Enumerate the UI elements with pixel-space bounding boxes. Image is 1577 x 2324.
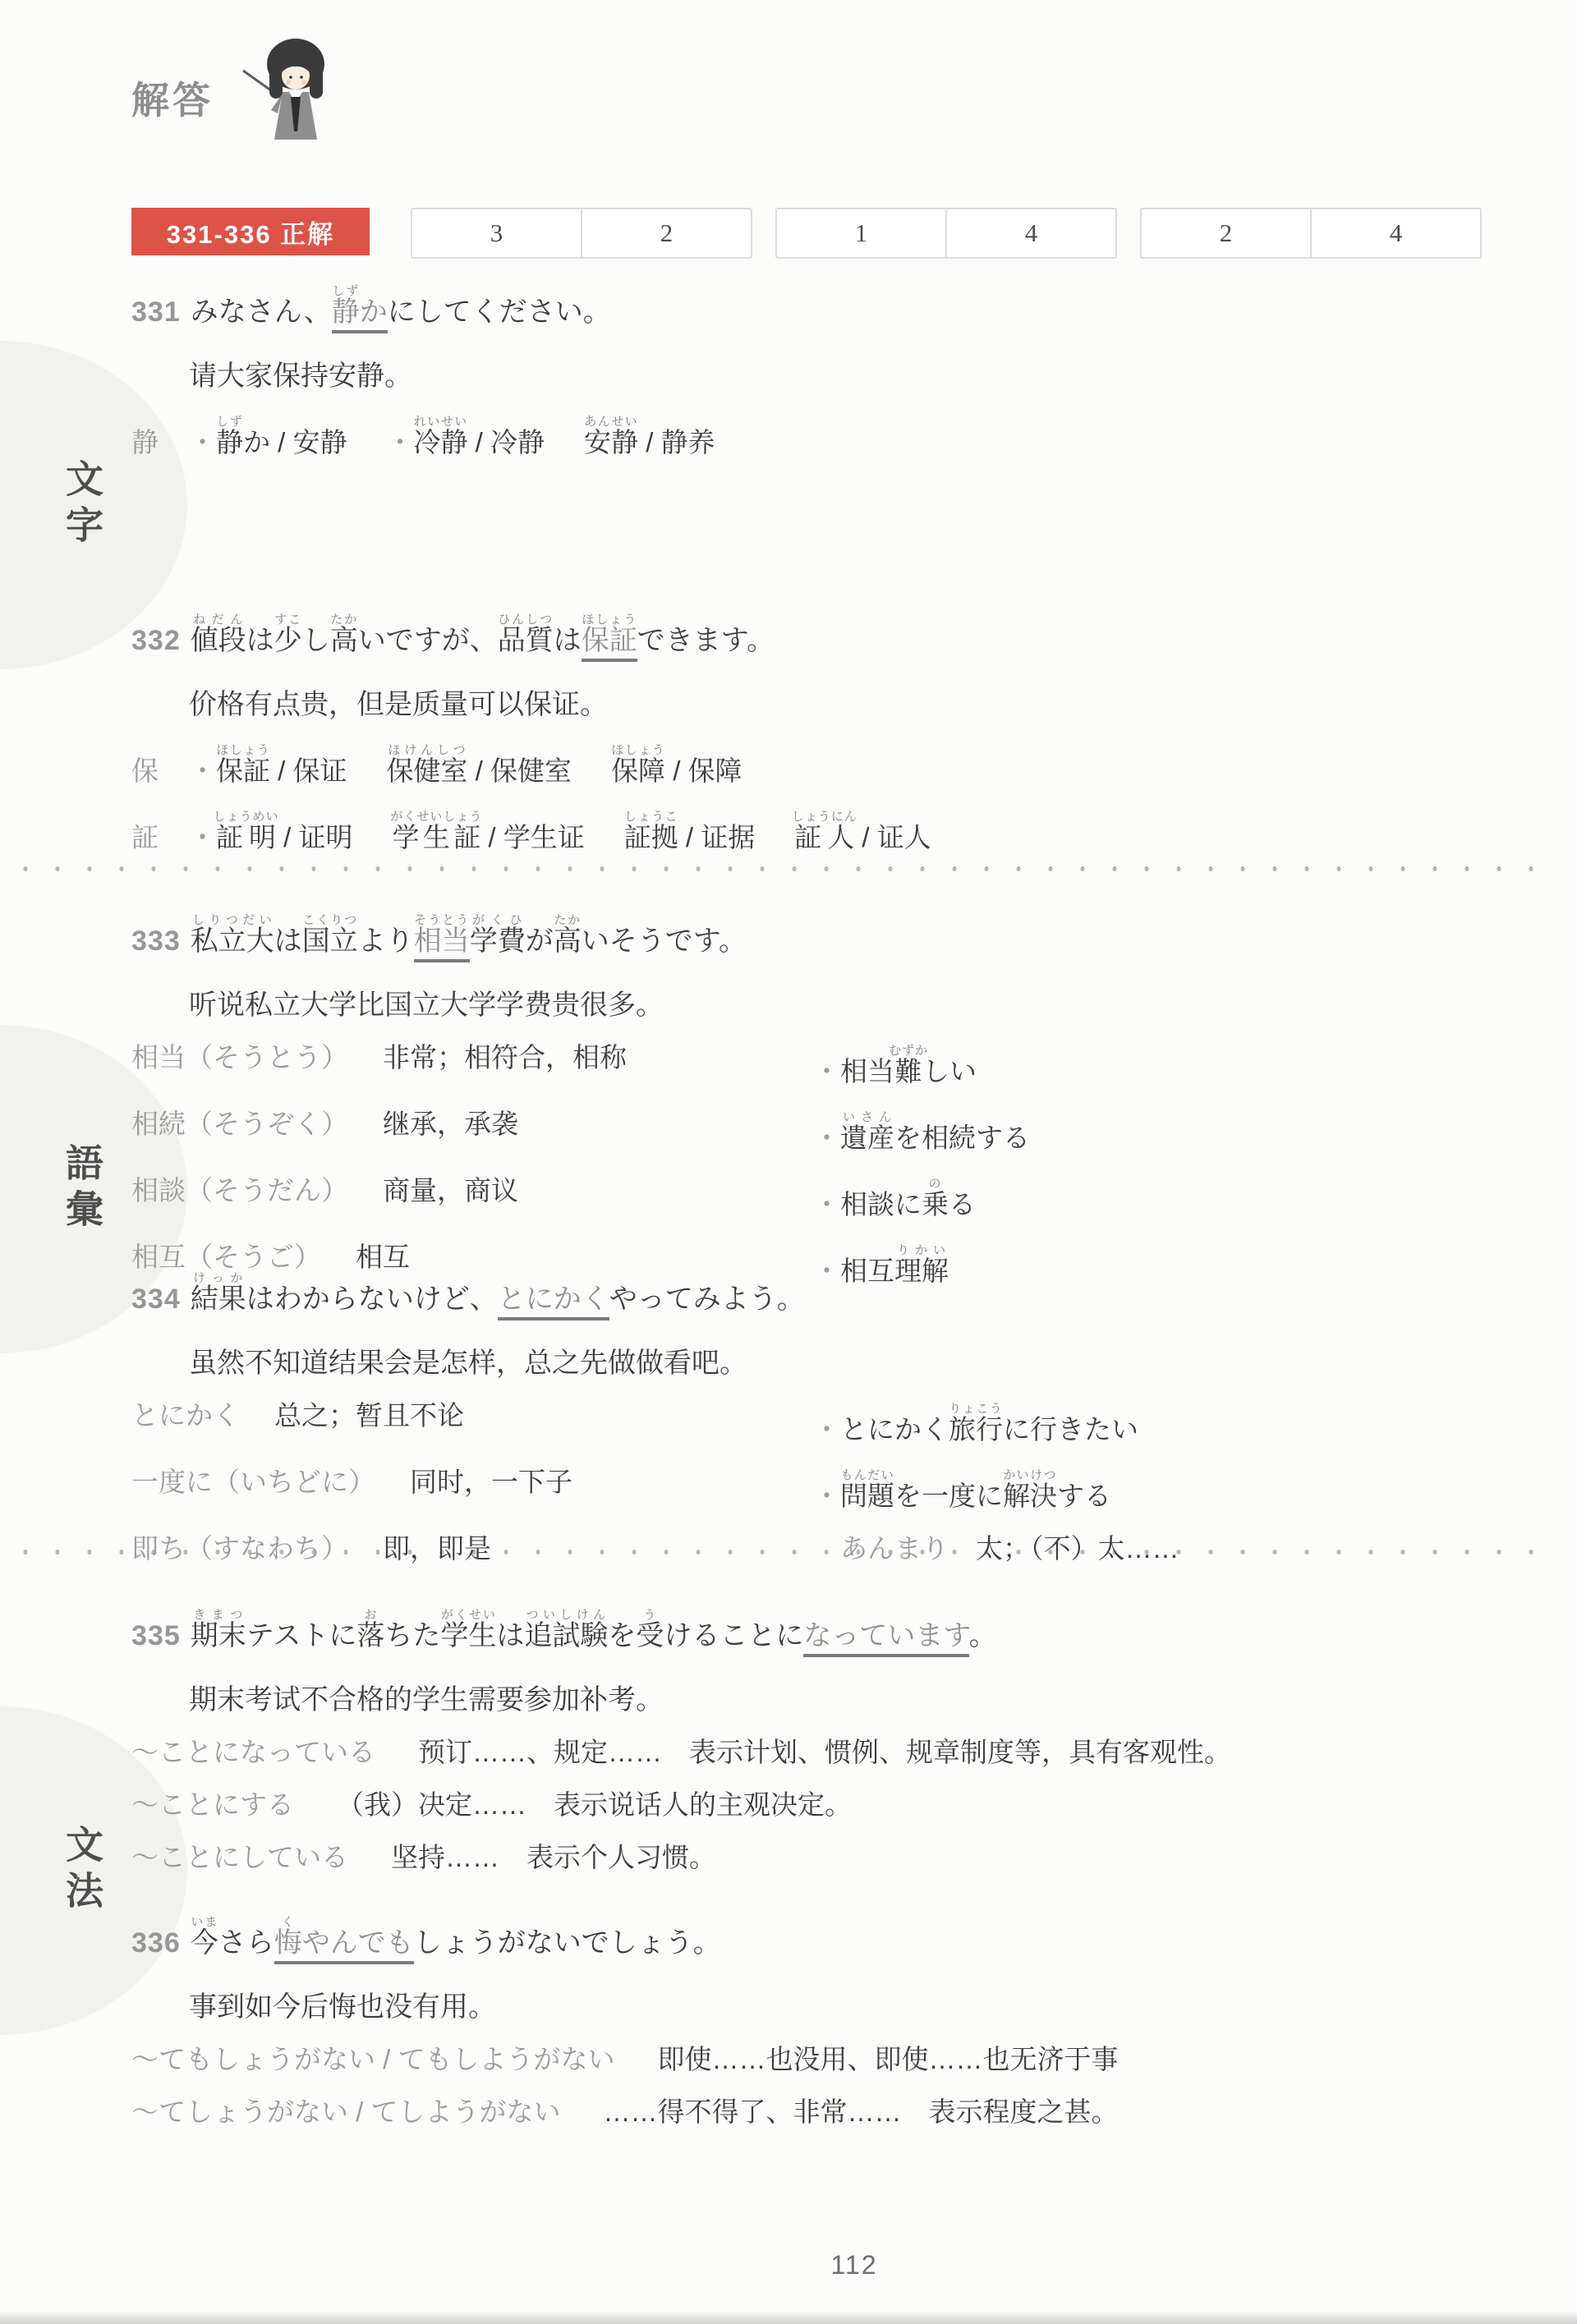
question-translation: 虽然不知道结果会是怎样，总之先做做看吧。: [131, 1349, 1528, 1377]
text-segment: は: [274, 925, 302, 957]
text-segment: 難むずか: [894, 1056, 922, 1086]
text-segment: 国立こくりつ: [302, 925, 358, 957]
question-334: 334結果けっかはわからないけど、とにかくやってみよう。 虽然不知道结果会是怎样…: [131, 1271, 1528, 1587]
question-number: 336: [131, 1929, 181, 1957]
question-number: 333: [131, 927, 181, 955]
entry-term: 相当（そうとう）: [131, 1042, 348, 1072]
text-segment: ・: [813, 1056, 840, 1086]
grammar-row: ～てもしょうがない / てもしようがない即使……也没用、即使……也无济于事: [131, 2046, 1528, 2073]
text-segment: 保障ほしょう: [611, 756, 665, 786]
grammar-row: ～ことにしている坚持…… 表示个人习惯。: [131, 1844, 1528, 1871]
vocab-item: 学生証がくせいしょう / 学生证: [393, 822, 585, 852]
text-segment: 遺産いさん: [840, 1123, 894, 1153]
text-segment: ・: [189, 756, 216, 786]
sentence-text: 今いまさら悔くやんでもしょうがないでしょう。: [191, 1927, 721, 1964]
entry-term: 相続（そうぞく）: [131, 1109, 348, 1139]
entry-meaning: 商量，商议: [383, 1175, 518, 1206]
text-segment: みなさん、: [191, 296, 332, 328]
vocab-entry-row: 相続（そうぞく）继承，承袭・遺産いさんを相続する: [131, 1110, 1528, 1151]
text-segment: ・: [813, 1123, 840, 1153]
entry-example: あんまり 太；（不）太……: [813, 1535, 1528, 1562]
vocab-item: 証拠しょうこ / 证据: [624, 822, 756, 852]
text-segment: やってみよう。: [609, 1284, 805, 1315]
text-segment: 保健室ほけんしつ: [387, 756, 468, 786]
answer-word: か: [360, 296, 388, 333]
text-segment: 静しず: [216, 427, 243, 457]
text-segment: いですが、: [358, 625, 498, 656]
answer-word: 悔く: [274, 1927, 302, 1964]
vocab-entry-row: とにかく总之；暂且不论・とにかく旅行りょこうに行きたい: [131, 1402, 1528, 1443]
entry-example: ・とにかく旅行りょこうに行きたい: [813, 1402, 1528, 1443]
text-segment: できます。: [637, 625, 775, 656]
entry-term: 即ち（すなわち）: [131, 1533, 348, 1564]
grammar-explanation: 坚持…… 表示个人习惯。: [391, 1842, 716, 1872]
answer-value: 4: [1310, 209, 1480, 257]
answer-word: 相当そうとう: [414, 925, 470, 962]
text-segment: しょうがないでしょう。: [414, 1927, 721, 1959]
vocab-item: 証人しょうにん / 证人: [794, 822, 931, 852]
question-sentence: 331みなさん、静しずかにしてください。: [131, 284, 1528, 326]
question-translation: 听说私立大学比国立大学学费贵很多。: [131, 991, 1528, 1019]
text-segment: 高たか: [330, 625, 358, 656]
text-segment: より: [358, 925, 414, 957]
vocab-entry-row: 相談（そうだん）商量，商议・相談に乗のる: [131, 1177, 1528, 1218]
text-segment: 。: [969, 1620, 997, 1651]
entry-meaning: 非常；相符合，相称: [383, 1042, 627, 1072]
entry-meaning: 同时，一下子: [410, 1467, 572, 1497]
page-number: 112: [788, 2250, 920, 2280]
answer-value: 4: [945, 209, 1115, 257]
text-segment: しい: [922, 1056, 977, 1086]
text-segment: 落お: [356, 1620, 384, 1651]
entry-example: ・相当難むずかしい: [813, 1044, 1528, 1085]
vocab-row: 保・保証ほしょう / 保证保健室ほけんしつ / 保健室保障ほしょう / 保障: [131, 743, 1528, 784]
text-segment: にしてください。: [388, 296, 611, 328]
text-segment: 私立大しりつだい: [191, 925, 274, 957]
entry-term: 相談（そうだん）: [131, 1175, 348, 1206]
question-331: 331みなさん、静しずかにしてください。 请大家保持安静。 静・静しずか / 安…: [131, 284, 1528, 481]
vocab-row: 証・証明しょうめい / 证明学生証がくせいしょう / 学生证証拠しょうこ / 证…: [131, 810, 1528, 851]
text-segment: 安静あんせい: [584, 427, 638, 457]
answer-word: とにかく: [498, 1284, 609, 1320]
grammar-explanation: ……得不得了、非常…… 表示程度之甚。: [604, 2097, 1119, 2127]
text-segment: 学生がくせい: [440, 1620, 496, 1651]
grammar-pattern: ～てもしょうがない / てもしようがない: [131, 2044, 615, 2074]
text-segment: は: [496, 1620, 524, 1651]
vocab-entries: 相当（そうとう）非常；相符合，相称・相当難むずかしい相続（そうぞく）继承，承袭・…: [131, 1044, 1528, 1284]
answer-value: 1: [777, 209, 945, 257]
answer-word: やんでも: [302, 1927, 414, 1964]
text-segment: る: [949, 1189, 976, 1219]
text-segment: する: [1057, 1481, 1111, 1511]
question-sentence: 334結果けっかはわからないけど、とにかくやってみよう。: [131, 1271, 1528, 1313]
answer-group: 24: [1140, 208, 1482, 259]
vocab-item: 安静あんせい / 静养: [584, 427, 715, 457]
vocab-item: 保障ほしょう / 保障: [611, 756, 743, 786]
grammar-explanation: 预订……、规定…… 表示计划、惯例、规章制度等，具有客观性。: [418, 1737, 1231, 1767]
text-segment: は: [554, 625, 582, 656]
answer-range-badge: 331-336 正解: [131, 208, 370, 255]
question-sentence: 333私立大しりつだいは国立こくりつより相当そうとう学費がくひが高たかいそうです…: [131, 913, 1528, 955]
sentence-text: 私立大しりつだいは国立こくりつより相当そうとう学費がくひが高たかいそうです。: [191, 925, 747, 962]
text-segment: ・: [813, 1414, 840, 1444]
tab-label: 文法: [55, 1825, 132, 1917]
text-segment: 解決かいけつ: [1003, 1481, 1057, 1511]
text-segment: 少すこ: [274, 625, 302, 656]
sentence-text: 値段ねだんは少すこし高たかいですが、品質ひんしつは保証ほしょうできます。: [191, 625, 775, 662]
text-segment: 今いま: [191, 1927, 218, 1959]
grammar-rows: ～てもしょうがない / てもしようがない即使……也没用、即使……也无济于事～てし…: [131, 2046, 1528, 2125]
answer-value: 2: [1142, 209, 1310, 257]
text-segment: 証人しょうにん: [794, 822, 854, 852]
text-segment: / 保证: [270, 756, 347, 786]
text-segment: あんまり: [813, 1533, 949, 1564]
text-segment: 追試験ついしけん: [524, 1620, 608, 1651]
text-segment: / 证明: [276, 822, 353, 852]
vocab-rows: 静・静しずか / 安静・冷静れいせい / 冷静安静あんせい / 静养: [131, 415, 1528, 456]
grammar-row: ～ことにする（我）决定…… 表示说话人的主观决定。: [131, 1791, 1528, 1818]
entry-meaning: 即，即是: [383, 1533, 491, 1564]
question-translation: 事到如今后悔也没有用。: [131, 1993, 1528, 2021]
vocab-item: 保健室ほけんしつ / 保健室: [387, 756, 572, 786]
entry-example: ・問題もんだいを一度に解決かいけつする: [813, 1468, 1528, 1509]
text-segment: いそうです。: [582, 925, 747, 957]
sentence-text: みなさん、静しずかにしてください。: [191, 296, 611, 333]
question-number: 335: [131, 1622, 181, 1650]
grammar-explanation: （我）决定…… 表示说话人的主观决定。: [337, 1789, 852, 1820]
grammar-pattern: ～ことになっている: [131, 1737, 375, 1767]
answer-value: 2: [581, 209, 751, 257]
grammar-explanation: 即使……也没用、即使……也无济于事: [658, 2044, 1119, 2074]
tab-label: 語彙: [55, 1143, 132, 1235]
grammar-row: ～てしょうがない / てしようがない……得不得了、非常…… 表示程度之甚。: [131, 2098, 1528, 2125]
question-335: 335期末きまつテストに落おちた学生がくせいは追試験ついしけんを受うけることにな…: [131, 1608, 1528, 1896]
question-number: 332: [131, 627, 181, 654]
text-segment: 高たか: [554, 925, 582, 957]
text-segment: を相続する: [894, 1123, 1030, 1153]
answer-word: 保証ほしょう: [582, 625, 637, 662]
text-segment: さら: [218, 1927, 274, 1959]
answer-group: 32: [411, 208, 752, 259]
question-332: 332値段ねだんは少すこし高たかいですが、品質ひんしつは保証ほしょうできます。 …: [131, 613, 1528, 876]
tab-label: 文字: [55, 459, 132, 551]
text-segment: 保証ほしょう: [216, 756, 270, 786]
text-segment: ・: [189, 822, 216, 852]
vocab-head-kanji: 静: [131, 429, 189, 456]
text-segment: 相当: [840, 1056, 894, 1086]
question-sentence: 332値段ねだんは少すこし高たかいですが、品質ひんしつは保証ほしょうできます。: [131, 613, 1528, 654]
text-segment: ・: [387, 427, 414, 457]
text-segment: 期末きまつ: [191, 1620, 246, 1651]
text-segment: 冷静れいせい: [414, 427, 468, 457]
entry-definition: 即ち（すなわち）即，即是: [131, 1535, 813, 1562]
grammar-pattern: ～ことにする: [131, 1789, 294, 1820]
text-segment: 証明しょうめい: [216, 822, 276, 852]
text-segment: / 学生证: [480, 822, 585, 852]
question-336: 336今いまさら悔くやんでもしょうがないでしょう。 事到如今后悔也没有用。 ～て…: [131, 1915, 1528, 2151]
text-segment: 相談に: [840, 1189, 922, 1219]
text-segment: けることに: [664, 1620, 803, 1651]
text-segment: / 冷静: [468, 427, 545, 457]
entry-example: ・遺産いさんを相続する: [813, 1110, 1528, 1151]
text-segment: はわからないけど、: [246, 1284, 498, 1315]
question-number: 331: [131, 298, 181, 326]
entry-meaning: 相互: [356, 1242, 410, 1272]
text-segment: / 静养: [638, 427, 715, 457]
grammar-pattern: ～てしょうがない / てしようがない: [131, 2097, 561, 2127]
text-segment: / 保障: [665, 756, 743, 786]
text-segment: ちた: [384, 1620, 440, 1651]
text-segment: を一度に: [894, 1481, 1003, 1511]
question-translation: 请大家保持安静。: [131, 362, 1528, 390]
question-sentence: 335期末きまつテストに落おちた学生がくせいは追試験ついしけんを受うけることにな…: [131, 1608, 1528, 1650]
answer-group: 14: [775, 208, 1117, 259]
vocab-item: ・保証ほしょう / 保证: [189, 756, 347, 786]
text-segment: 乗の: [922, 1189, 949, 1219]
page-header-label: 解答: [131, 71, 214, 125]
question-sentence: 336今いまさら悔くやんでもしょうがないでしょう。: [131, 1915, 1528, 1957]
text-segment: とにかく: [840, 1414, 949, 1444]
text-segment: / 保健室: [468, 756, 572, 786]
sentence-text: 期末きまつテストに落おちた学生がくせいは追試験ついしけんを受うけることになってい…: [191, 1620, 997, 1657]
vocab-entry-row: 相当（そうとう）非常；相符合，相称・相当難むずかしい: [131, 1044, 1528, 1085]
text-segment: が: [526, 925, 554, 957]
answer-value: 3: [412, 209, 581, 257]
entry-term: 一度に（いちどに）: [131, 1467, 375, 1497]
vocab-head-kanji: 証: [131, 824, 189, 851]
answer-word: 静しず: [332, 296, 360, 333]
vocab-head-kanji: 保: [131, 757, 189, 784]
vocab-row: 静・静しずか / 安静・冷静れいせい / 冷静安静あんせい / 静养: [131, 415, 1528, 456]
text-segment: ・: [189, 427, 216, 457]
text-segment: 旅行りょこう: [949, 1414, 1003, 1444]
vocab-entry-row: 一度に（いちどに）同时，一下子・問題もんだいを一度に解決かいけつする: [131, 1468, 1528, 1509]
entry-definition: 相続（そうぞく）继承，承袭: [131, 1110, 813, 1151]
entry-meaning: 继承，承袭: [383, 1109, 518, 1139]
vocab-item: ・静しずか / 安静: [189, 427, 347, 457]
text-segment: は: [246, 625, 274, 656]
text-segment: 問題もんだい: [840, 1481, 894, 1511]
text-segment: 学生証がくせいしょう: [393, 822, 481, 852]
question-number: 334: [131, 1285, 181, 1313]
text-segment: 受う: [636, 1620, 664, 1651]
text-segment: 学費がくひ: [470, 925, 526, 957]
text-segment: / 证人: [854, 822, 931, 852]
entry-definition: 相当（そうとう）非常；相符合，相称: [131, 1044, 813, 1085]
scan-bottom-shadow: [0, 2311, 1577, 2324]
question-translation: 价格有点贵，但是质量可以保证。: [131, 691, 1528, 719]
text-segment: を: [608, 1620, 636, 1651]
question-333: 333私立大しりつだいは国立こくりつより相当そうとう学費がくひが高たかいそうです…: [131, 913, 1528, 1310]
text-segment: テストに: [246, 1620, 357, 1651]
entry-example: ・相談に乗のる: [813, 1177, 1528, 1218]
grammar-pattern: ～ことにしている: [131, 1842, 348, 1872]
entry-term: とにかく: [131, 1400, 240, 1431]
entry-definition: とにかく总之；暂且不论: [131, 1402, 813, 1443]
vocab-item: ・証明しょうめい / 证明: [189, 822, 353, 852]
question-translation: 期末考试不合格的学生需要参加补考。: [131, 1686, 1528, 1714]
entry-term: 相互（そうご）: [131, 1242, 321, 1272]
text-segment: 結果けっか: [191, 1284, 246, 1315]
text-segment: 値段ねだん: [191, 625, 246, 656]
text-segment: 証拠しょうこ: [624, 822, 678, 852]
answer-boxes: 321424: [411, 208, 1482, 259]
text-segment: し: [302, 625, 330, 656]
entry-definition: 一度に（いちどに）同时，一下子: [131, 1468, 813, 1509]
vocab-item: ・冷静れいせい / 冷静: [387, 427, 545, 457]
text-segment: / 证据: [678, 822, 756, 852]
entry-definition: 相談（そうだん）商量，商议: [131, 1177, 813, 1218]
text-segment: ・: [813, 1189, 840, 1219]
grammar-row: ～ことになっている预订……、规定…… 表示计划、惯例、规章制度等，具有客观性。: [131, 1738, 1528, 1766]
text-segment: 品質ひんしつ: [498, 625, 554, 656]
text-segment: 太；（不）太……: [949, 1533, 1179, 1564]
text-segment: に行きたい: [1003, 1414, 1138, 1444]
entry-meaning: 总之；暂且不论: [274, 1400, 464, 1431]
grammar-rows: ～ことになっている预订……、规定…… 表示计划、惯例、规章制度等，具有客观性。～…: [131, 1738, 1528, 1871]
vocab-entries: とにかく总之；暂且不论・とにかく旅行りょこうに行きたい一度に（いちどに）同时，一…: [131, 1402, 1528, 1562]
teacher-illustration: [228, 28, 360, 147]
text-segment: ・: [813, 1481, 840, 1511]
text-segment: か / 安静: [243, 427, 347, 457]
answer-word: なっています: [803, 1620, 968, 1657]
vocab-rows: 保・保証ほしょう / 保证保健室ほけんしつ / 保健室保障ほしょう / 保障証・…: [131, 743, 1528, 851]
vocab-entry-row: 即ち（すなわち）即，即是 あんまり 太；（不）太……: [131, 1535, 1528, 1562]
sentence-text: 結果けっかはわからないけど、とにかくやってみよう。: [191, 1284, 805, 1320]
